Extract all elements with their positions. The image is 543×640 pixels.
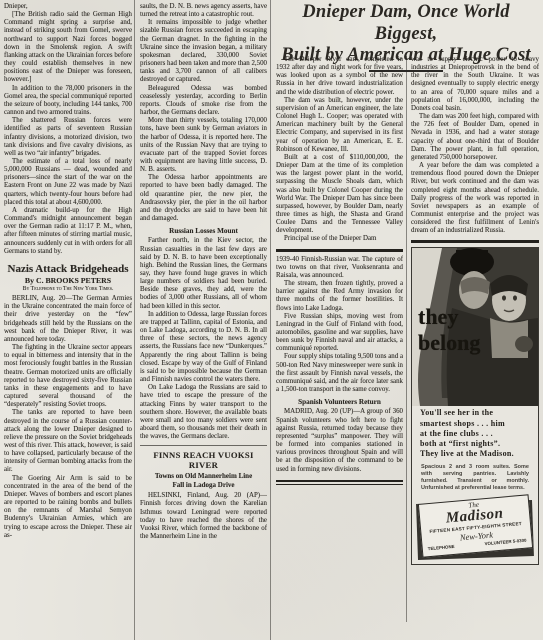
article-paragraph: The Dnieper River dam, completed in 1932… (276, 56, 403, 97)
ad-headline: they belong (418, 304, 480, 356)
ad-body-line: smartest shops . . . him (420, 419, 532, 429)
telephone-label: TELEPHONE (428, 544, 455, 554)
column-rule (270, 0, 271, 640)
newspaper-page: Dnieper, [The British radio said the Ger… (0, 0, 543, 640)
deck-line: Fall in Ladoga Drive (140, 481, 267, 490)
article-paragraph: More than thirty vessels, totaling 170,0… (140, 117, 267, 174)
ad-body-line: You'll see her in the (420, 408, 532, 418)
article-paragraph: HELSINKI, Finland, Aug. 20 (AP)—Finnish … (140, 492, 267, 541)
article-paragraph: The tanks are reported to have been dest… (4, 409, 132, 474)
article-paragraph: In addition to Odessa, large Russian for… (140, 311, 267, 384)
ad-body-line: at the fine clubs . . . (420, 429, 532, 439)
article-paragraph: BERLIN, Aug. 20—The German Armies in the… (4, 295, 132, 344)
ad-body-line: both at “first nights”. (420, 439, 532, 449)
ad-business-card-zone: The Madison FIFTEEN EAST FIFTY-EIGHTH ST… (412, 498, 538, 562)
column-1: Dnieper, [The British radio said the Ger… (4, 3, 132, 637)
article-paragraph: Four supply ships totaling 9,500 tons an… (276, 353, 403, 394)
article-paragraph: Farther north, in the Kiev sector, the R… (140, 237, 267, 310)
article-paragraph: 1939-40 Finnish-Russian war. The capture… (276, 256, 403, 280)
column-rule (134, 0, 135, 640)
article-headline: FINNS REACH VUOKSI RIVER (140, 450, 267, 470)
story-end-double-rule (276, 480, 403, 485)
article-paragraph: [The British radio said the German High … (4, 11, 132, 84)
telephone-number: VOLUNTEER 5-0300 (484, 537, 527, 549)
article-paragraph: The fighting in the Ukraine sector appea… (4, 344, 132, 409)
article-paragraph: saults, the D. N. B. news agency asserts… (140, 3, 267, 19)
article-paragraph: The Odessa harbor appointments are repor… (140, 174, 267, 223)
ad-headline-line1: they (418, 304, 480, 330)
ad-fine-print: Spacious 2 and 3 room suites. Some with … (421, 464, 529, 492)
article-paragraph: The Goering Air Arm is said to be concen… (4, 475, 132, 540)
column-rule (406, 56, 407, 622)
section-subhead: Spanish Volunteers Return (276, 398, 403, 406)
story-divider-bar (411, 240, 539, 243)
article-paragraph: On Lake Ladoga the Russians are said to … (140, 384, 267, 441)
article-paragraph: Five Russian ships, moving west from Len… (276, 313, 403, 354)
article-paragraph: A dramatic build-up for the High Command… (4, 207, 132, 256)
column-2: saults, the D. N. B. news agency asserts… (140, 3, 267, 637)
continued-text-fragment: Dnieper, (4, 3, 132, 11)
byline: By C. BROOKS PETERS (4, 277, 132, 285)
story-divider-rule (140, 445, 267, 446)
dam-headline-line1: Dnieper Dam, Once World Biggest, (272, 2, 540, 45)
article-paragraph: The shattered Russian forces were identi… (4, 117, 132, 158)
ad-body-line: They live at the Madison. (420, 449, 532, 459)
article-paragraph: was to supply electric power to heavy in… (411, 56, 539, 113)
article-paragraph: Built at a cost of $110,000,000, the Dni… (276, 154, 403, 236)
article-paragraph: The dam was built, however, under the su… (276, 97, 403, 154)
ad-body-copy: You'll see her in the smartest shops . .… (420, 408, 532, 459)
article-paragraph: In addition to the 78,000 prisoners in t… (4, 85, 132, 118)
column-4: was to supply electric power to heavy in… (411, 56, 539, 638)
section-subhead: Russian Losses Mount (140, 227, 267, 235)
article-paragraph: The estimate of a total loss of nearly 5… (4, 158, 132, 207)
madison-hotel-ad: they belong You'll see her in the smarte… (411, 247, 539, 565)
article-paragraph: MADRID, Aug. 20 (UP)—A group of 360 Span… (276, 408, 403, 473)
deck-line: Towns on Old Mannerheim Line (140, 472, 267, 481)
article-headline: Nazis Attack Bridgeheads (4, 263, 132, 275)
article-paragraph: A year before the dam was completed a tr… (411, 162, 539, 235)
article-paragraph: Beleagured Odessa was bombed ceaselessly… (140, 85, 267, 118)
article-paragraph: It remains impossible to judge whether s… (140, 19, 267, 84)
ad-headline-line2: belong (418, 330, 480, 356)
wire-credit: By Telephone to The New York Times. (4, 285, 132, 293)
article-paragraph: The stream, then frozen tightly, proved … (276, 280, 403, 313)
madison-business-card: The Madison FIFTEEN EAST FIFTY-EIGHTH ST… (418, 495, 533, 558)
story-divider-bar (276, 249, 403, 252)
article-paragraph: Principal use of the Dnieper Dam (276, 235, 403, 243)
column-3: The Dnieper River dam, completed in 1932… (276, 56, 403, 636)
article-paragraph: The dam was 200 feet high, compared with… (411, 113, 539, 162)
